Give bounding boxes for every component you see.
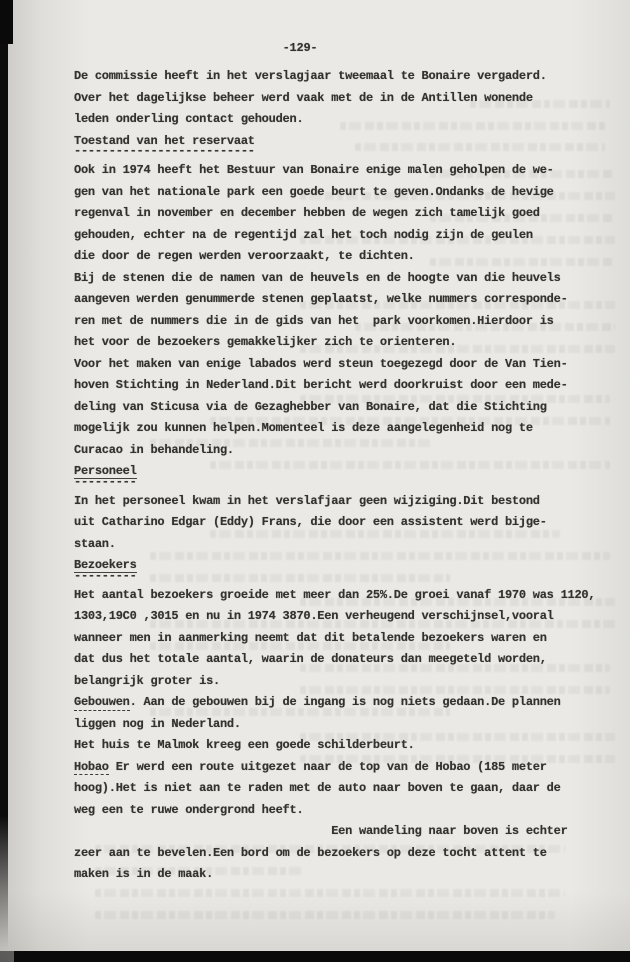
text-line: deling van Sticusa via de Gezaghebber va… [74,397,614,419]
text-line: gen van het nationale park een goede beu… [74,182,614,204]
page-number: -129- [74,38,526,59]
section-heading: Gebouwen [74,696,130,711]
heading-underline-dashes: --------- [74,574,614,585]
text-line: hoog).Het is niet aan te raden met de au… [74,778,614,800]
text-line: belangrijk groter is. [74,671,614,693]
text-line: het voor de bezoekers gemakkelijker zich… [74,332,614,354]
text-line: Een wandeling naar boven is echter [74,821,614,843]
text-line: liggen nog in Nederland. [74,714,614,736]
bleedthrough-text [95,911,555,919]
text-line: Ook in 1974 heeft het Bestuur van Bonair… [74,160,614,182]
text-line: die door de regen werden veroorzaakt, te… [74,246,614,268]
text-line: ren met de nummers die in de gids van he… [74,311,614,333]
scan-edge-corner [0,0,13,44]
text-line: zeer aan te bevelen.Een bord om de bezoe… [74,843,614,865]
text-line: uit Catharino Edgar (Eddy) Frans, die do… [74,512,614,534]
text-line: maken is in de maak. [74,864,614,886]
text-line: Gebouwen. Aan de gebouwen bij de ingang … [74,692,614,714]
scan-edge-left [0,0,8,948]
text-line: weg een te ruwe ondergrond heeft. [74,800,614,822]
text-line: regenval in november en december hebben … [74,203,614,225]
heading-underline-dashes: --------- [74,480,614,491]
body-text: De commissie heeft in het verslagjaar tw… [74,66,614,886]
text-line: De commissie heeft in het verslagjaar tw… [74,66,614,88]
text-line: mogelijk zou kunnen helpen.Momenteel is … [74,418,614,440]
heading-underline-dashes: -------------------------- [74,149,614,160]
text-line: Voor het maken van enige labados werd st… [74,354,614,376]
text-line: staan. [74,534,614,556]
text-line: wanneer men in aanmerking neemt dat dit … [74,628,614,650]
text-line: gehouden, echter na de regentijd zal het… [74,225,614,247]
text-line: dat dus het totale aantal, waarin de don… [74,649,614,671]
text-line: Curacao in behandeling. [74,440,614,462]
bleedthrough-text [95,889,565,897]
text-line: In het personeel kwam in het verslafjaar… [74,491,614,513]
text-line: 1303,19C0 ,3015 en nu in 1974 3870.Een v… [74,606,614,628]
text-line: Over het dagelijkse beheer werd vaak met… [74,88,614,110]
scan-edge-bottom [0,951,630,962]
text-line: Het aantal bezoekers groeide met meer da… [74,585,614,607]
text-line: Hobao Er werd een route uitgezet naar de… [74,757,614,779]
typewritten-text: -129- De commissie heeft in het verslagj… [74,38,614,886]
text-line: aangeven werden genummerde stenen geplaa… [74,289,614,311]
section-heading: Hobao [74,761,109,776]
document-page: -129- De commissie heeft in het verslagj… [0,0,630,962]
text-line: hoven Stichting in Nederland.Dit bericht… [74,375,614,397]
text-line: leden onderling contact gehouden. [74,109,614,131]
text-line: Het huis te Malmok kreeg een goede schil… [74,735,614,757]
text-line: Bij de stenen die de namen van de heuvel… [74,268,614,290]
